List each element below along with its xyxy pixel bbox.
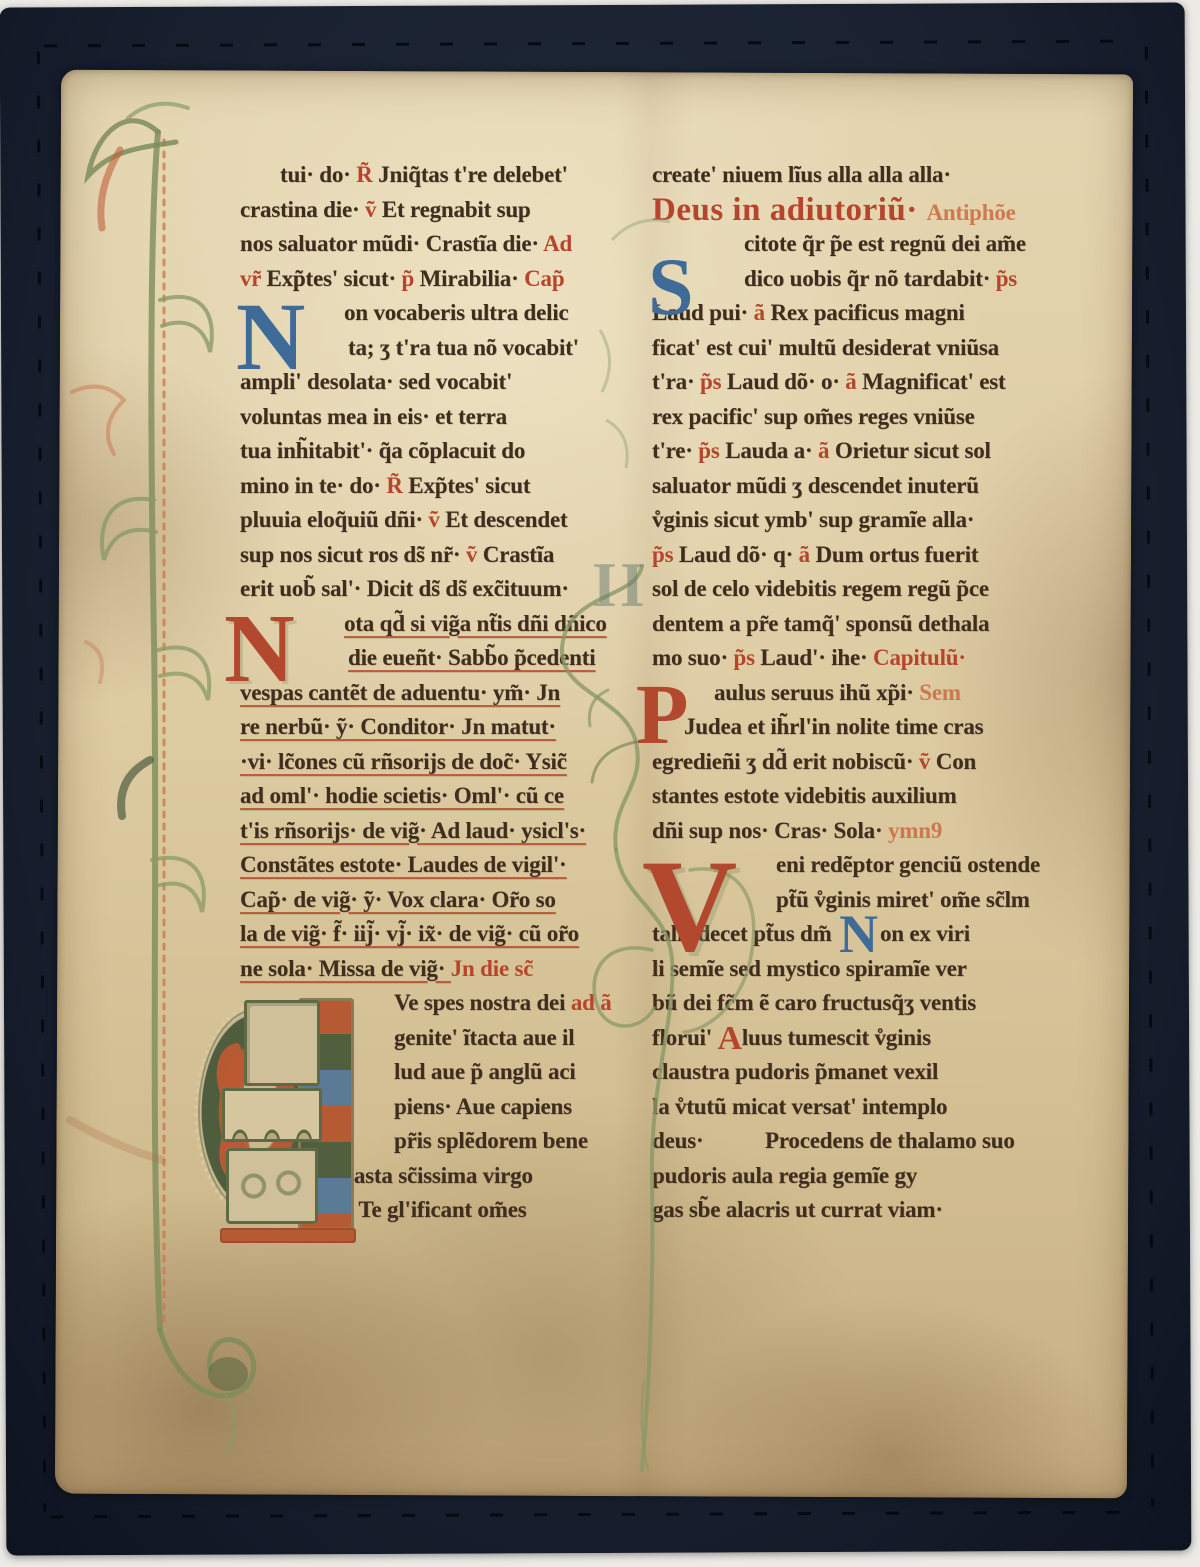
illuminated-initial-A xyxy=(202,998,374,1262)
text-segment: ad oml'· hodie scietis· Oml'· cũ ce xyxy=(240,783,564,808)
text-segment: ne sola· Missa de vig̃· xyxy=(240,956,451,981)
text-segment: tui· do· xyxy=(280,162,356,187)
initial-N-red-nota: N xyxy=(224,608,295,691)
text-segment: R̃ xyxy=(386,473,408,498)
text-line: mino in te· do· R̃ Exp̃tes' sicut xyxy=(240,469,652,504)
text-segment: R̃ xyxy=(356,162,378,187)
text-segment: re nerbũ· ỹ· Conditor· Jn matut· xyxy=(240,714,556,739)
text-line: florui' Aluus tumescit v̊ginis xyxy=(652,1021,1064,1056)
initial-A-scrollwork-panel xyxy=(226,1148,318,1224)
text-segment: aulus seruus ihũ xp̃i· xyxy=(714,680,919,705)
text-line: deus· Procedens de thalamo suo xyxy=(652,1124,1064,1159)
text-segment: t'is rñsorijs· de vig̃· Ad laud· ysicl's… xyxy=(240,818,586,843)
text-line: tua inh̃itabit'· q̃a cõplacuit do xyxy=(240,434,652,469)
text-segment: ficat' est cui' multũ desiderat vniũsa xyxy=(652,335,999,360)
text-segment: lud aue p̃ anglũ aci xyxy=(394,1059,576,1084)
text-segment: t're· xyxy=(652,438,698,463)
text-line: erit uob̃ sal'· Dicit ds̃ ds̃ exc̃ituum· xyxy=(240,572,652,607)
text-segment: Crastĩa xyxy=(483,542,554,567)
text-line: saluator mũdi ʒ descendet inuterũ xyxy=(652,469,1064,504)
text-segment: p̃s xyxy=(652,542,679,567)
text-line: t're· p̃s Lauda a· ã Orietur sicut sol xyxy=(652,434,1064,469)
text-line: claustra pudoris p̃manet vexil xyxy=(652,1055,1064,1090)
text-segment: p̃s xyxy=(733,645,760,670)
text-segment: ota qd̃ si vig̃a nt̃is dñi dñico xyxy=(344,611,607,636)
text-segment: Deus in adiutoriũ· xyxy=(652,192,926,228)
text-segment: Jn die sc̃ xyxy=(451,956,534,981)
text-segment: Ad xyxy=(543,231,572,256)
initial-P-red-paulus: P xyxy=(636,678,689,751)
text-line: ad oml'· hodie scietis· Oml'· cũ ce xyxy=(240,779,652,814)
text-line: pudoris aula regia gemĩe gy xyxy=(652,1159,1064,1194)
text-segment: mino in te· do· xyxy=(240,473,386,498)
text-segment: create' niuem lĩus alla alla alla· xyxy=(652,162,951,187)
text-line: mo suo· p̃s Laud'· ihe· Capitulũ· xyxy=(652,641,1064,676)
text-line: vespas cantẽt de aduentu· ym̃· Jn xyxy=(240,676,652,711)
text-segment: Orietur sicut sol xyxy=(835,438,991,463)
initial-A-arcade-bar xyxy=(222,1088,322,1142)
text-column-right: create' niuem lĩus alla alla alla·Deus i… xyxy=(652,158,1064,1228)
initial-N-blue: N xyxy=(236,296,305,378)
text-segment: Magnificat' est xyxy=(862,369,1005,394)
text-segment: nos saluator mũdi· Crastĩa die· xyxy=(240,231,543,256)
text-segment: florui' xyxy=(652,1025,717,1050)
text-segment: ·vi· lc̃ones cũ rñsorijs de doc̃· Ysic̃ xyxy=(240,749,567,774)
text-line: crastina die· ṽ Et regnabit sup xyxy=(240,193,652,228)
text-segment: crastina die· xyxy=(240,197,365,222)
text-line: Constãtes estote· Laudes de vigil'· xyxy=(240,848,652,883)
text-segment: p̃s xyxy=(700,369,727,394)
text-line: egredieñi ʒ dd̃ erit nobiscũ· ṽ Con xyxy=(652,745,1064,780)
text-segment: saluator mũdi ʒ descendet inuterũ xyxy=(652,473,979,498)
text-segment: dico uobis q̃r nõ tardabit· xyxy=(744,266,996,291)
text-segment: Mirabilia· xyxy=(420,266,525,291)
text-line: ficat' est cui' multũ desiderat vniũsa xyxy=(652,331,1064,366)
text-segment: deus· xyxy=(652,1128,709,1153)
initial-A-top-panel xyxy=(244,1000,320,1086)
manuscript-photo: N N S P V II tui· do· R̃ Jniq̃tas t're d… xyxy=(0,0,1200,1567)
text-segment: ymn9 xyxy=(888,818,942,843)
text-segment: pudoris aula regia gemĩe gy xyxy=(652,1163,917,1188)
text-line: t'is rñsorijs· de vig̃· Ad laud· ysicl's… xyxy=(240,814,652,849)
text-segment: A xyxy=(717,1020,741,1057)
text-line: t'ra· p̃s Laud dõ· o· ã Magnificat' est xyxy=(652,365,1064,400)
text-line: p̃s Laud dõ· q· ã Dum ortus fuerit xyxy=(652,538,1064,573)
text-segment: Jniq̃tas t're delebet' xyxy=(378,162,568,187)
text-segment: la v̊tutũ micat versat' intemplo xyxy=(652,1094,947,1119)
stitch-line-left xyxy=(37,51,46,1511)
text-segment: Cap̃· de vig̃· ỹ· Vox clara· Or̃o so xyxy=(240,887,556,912)
text-segment: on vocaberis ultra delic xyxy=(344,300,569,325)
text-segment: Capitulũ· xyxy=(873,645,966,670)
text-segment: sup nos sicut ros ds̃ nr̃· xyxy=(240,542,466,567)
text-segment: Laud dõ· o· xyxy=(727,369,845,394)
text-segment: piens· Aue capiens xyxy=(394,1094,572,1119)
text-segment: ã xyxy=(754,300,771,325)
text-segment: tua inh̃itabit'· q̃a cõplacuit do xyxy=(240,438,525,463)
text-line: dico uobis q̃r nõ tardabit· p̃s xyxy=(652,262,1064,297)
text-line: Deus in adiutoriũ· Antiphõe xyxy=(652,193,1064,228)
text-line: Laud pui· ã Rex pacificus magni xyxy=(652,296,1064,331)
text-segment: v̊ginis sicut ymb' sup gramĩe alla· xyxy=(652,507,974,532)
stitch-line-right xyxy=(1145,47,1154,1507)
text-segment: Constãtes estote· Laudes de vigil'· xyxy=(240,852,567,877)
text-line: ne sola· Missa de vig̃· Jn die sc̃ xyxy=(240,952,652,987)
text-line: sol de celo videbitis regem regũ p̃ce xyxy=(652,572,1064,607)
text-line: die eueñt· Sabb̃o p̃cedenti xyxy=(240,641,652,676)
text-line: la de vig̃· f̃· iij̃· vj̃· ix̃· de vig̃·… xyxy=(240,917,652,952)
text-line: pluuia eloq̃uiũ dñi· ṽ Et descendet xyxy=(240,503,652,538)
text-line: citote q̃r p̃e est regnũ dei am̃e xyxy=(652,227,1064,262)
text-segment: die eueñt· Sabb̃o p̃cedenti xyxy=(348,645,595,670)
text-segment: ta; ʒ t'ra tua nõ vocabit' xyxy=(348,335,579,360)
text-line: rex pacific' sup om̃es reges vniũse xyxy=(652,400,1064,435)
text-segment: stantes estote videbitis auxilium xyxy=(652,783,957,808)
text-line: la v̊tutũ micat versat' intemplo xyxy=(652,1090,1064,1125)
text-line: nos saluator mũdi· Crastĩa die· Ad xyxy=(240,227,652,262)
text-line: sup nos sicut ros ds̃ nr̃· ṽ Crastĩa xyxy=(240,538,652,573)
text-segment: claustra pudoris p̃manet vexil xyxy=(652,1059,938,1084)
text-line: re nerbũ· ỹ· Conditor· Jn matut· xyxy=(240,710,652,745)
text-segment: Dum ortus fuerit xyxy=(815,542,978,567)
stitch-line-bottom xyxy=(50,1511,1147,1519)
text-segment: Sem xyxy=(919,680,961,705)
text-segment: Cap̃ xyxy=(524,266,564,291)
text-segment: ṽ xyxy=(428,507,445,532)
text-segment: dentem a pr̃e tamq̃' sponsũ dethala xyxy=(652,611,989,636)
text-segment: rex pacific' sup om̃es reges vniũse xyxy=(652,404,975,429)
initial-V-red-veni: V xyxy=(642,850,737,962)
text-segment: Exp̃tes' sicut xyxy=(408,473,530,498)
text-segment: t'ra· xyxy=(652,369,700,394)
text-segment: citote q̃r p̃e est regnũ dei am̃e xyxy=(744,231,1026,256)
text-segment: luus tumescit v̊ginis xyxy=(742,1025,931,1050)
text-segment: Rex pacificus magni xyxy=(770,300,964,325)
text-segment: la de vig̃· f̃· iij̃· vj̃· ix̃· de vig̃·… xyxy=(240,921,579,946)
text-line: Cap̃· de vig̃· ỹ· Vox clara· Or̃o so xyxy=(240,883,652,918)
text-segment: pt̃ũ v̊ginis miret' om̃e sc̃lm xyxy=(776,887,1030,912)
text-segment: genite' ĩtacta aue il xyxy=(394,1025,574,1050)
text-segment: voluntas mea in eis· et terra xyxy=(240,404,507,429)
text-segment: ã xyxy=(845,369,862,394)
text-line: dentem a pr̃e tamq̃' sponsũ dethala xyxy=(652,607,1064,642)
text-line: gas sb̃e alacris ut currat viam· xyxy=(652,1193,1064,1228)
text-line: create' niuem lĩus alla alla alla· xyxy=(652,158,1064,193)
text-line: aulus seruus ihũ xp̃i· Sem xyxy=(652,676,1064,711)
text-segment: Antiphõe xyxy=(926,200,1015,225)
text-segment: eni redẽptor genciũ ostende xyxy=(776,852,1040,877)
text-segment: bũ dei fc̃m ẽ caro fructusq̃ʒ ventis xyxy=(652,990,976,1015)
text-line: bũ dei fc̃m ẽ caro fructusq̃ʒ ventis xyxy=(652,986,1064,1021)
text-segment: ṽ xyxy=(919,749,936,774)
text-segment: Con xyxy=(936,749,976,774)
text-line: Judea et ih̃rl'in nolite time cras xyxy=(652,710,1064,745)
text-segment: Lauda a· xyxy=(725,438,818,463)
text-line: ·vi· lc̃ones cũ rñsorijs de doc̃· Ysic̃ xyxy=(240,745,652,780)
text-segment: Et descendet xyxy=(445,507,567,532)
text-segment: ad ã xyxy=(571,990,612,1015)
text-segment: Procedens de thalamo suo xyxy=(765,1128,1015,1153)
text-segment: gas sb̃e alacris ut currat viam· xyxy=(652,1197,943,1222)
text-segment: ã xyxy=(818,438,835,463)
text-segment: Et regnabit sup xyxy=(382,197,531,222)
text-segment: ṽ xyxy=(365,197,382,222)
text-segment: sol de celo videbitis regem regũ p̃ce xyxy=(652,576,989,601)
text-line: voluntas mea in eis· et terra xyxy=(240,400,652,435)
gutter-quire-numeral: II xyxy=(592,548,648,622)
text-segment: ṽ xyxy=(466,542,483,567)
text-segment: ã xyxy=(799,542,816,567)
text-segment: Judea et ih̃rl'in nolite time cras xyxy=(684,714,983,739)
initial-S-blue: S xyxy=(648,252,694,322)
text-line: stantes estote videbitis auxilium xyxy=(652,779,1064,814)
text-segment: pluuia eloq̃uiũ dñi· xyxy=(240,507,428,532)
text-segment: p̃s xyxy=(698,438,725,463)
text-segment: p̃s xyxy=(996,266,1017,291)
text-line: v̊ginis sicut ymb' sup gramĩe alla· xyxy=(652,503,1064,538)
text-segment: egredieñi ʒ dd̃ erit nobiscũ· xyxy=(652,749,919,774)
text-segment: Ve spes nostra dei xyxy=(394,990,571,1015)
text-segment: p̃ xyxy=(401,266,419,291)
initial-A-foot-serif xyxy=(220,1228,356,1243)
stitch-line-top xyxy=(44,40,1141,48)
text-segment: pr̃is splẽdorem bene xyxy=(394,1128,588,1153)
text-line: ota qd̃ si vig̃a nt̃is dñi dñico xyxy=(240,607,652,642)
text-line: tui· do· R̃ Jniq̃tas t're delebet' xyxy=(240,158,652,193)
text-segment: on ex viri xyxy=(880,921,970,946)
text-segment: Laud dõ· q· xyxy=(679,542,799,567)
text-segment: Laud'· ihe· xyxy=(760,645,873,670)
